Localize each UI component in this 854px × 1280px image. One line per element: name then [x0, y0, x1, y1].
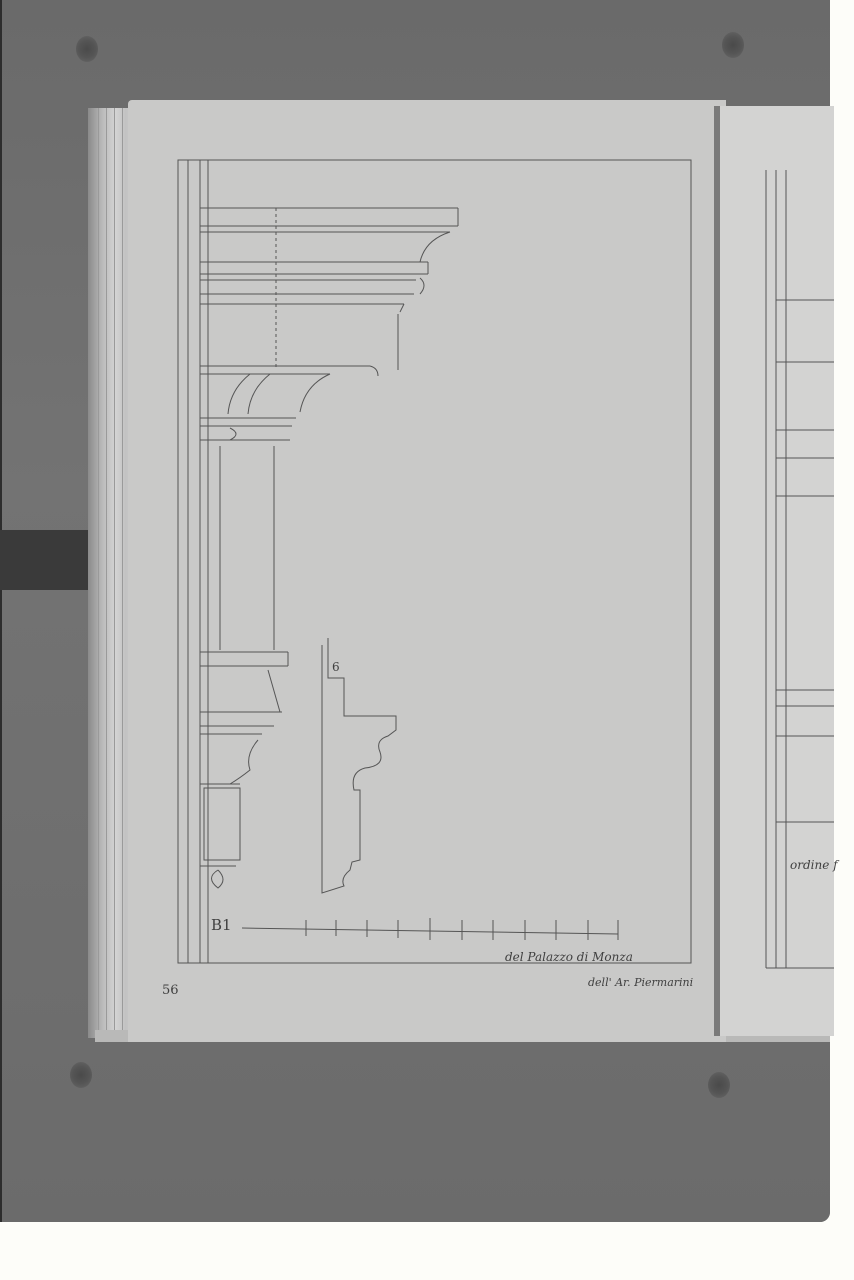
base-profile — [200, 652, 288, 888]
detail-label: 6 — [332, 660, 340, 674]
scale-bar — [242, 918, 618, 940]
drawing-caption: del Palazzo di Monza — [505, 950, 633, 964]
architectural-drawing — [0, 0, 854, 1280]
page-number: 56 — [162, 983, 179, 998]
plate-marker: B1 — [211, 916, 232, 934]
cornice-profile — [200, 208, 458, 650]
right-page-caption: ordine f — [790, 858, 838, 872]
secondary-profile — [322, 638, 396, 893]
drawing-credit: dell' Ar. Piermarini — [588, 976, 693, 989]
right-page-drawing — [766, 170, 834, 968]
